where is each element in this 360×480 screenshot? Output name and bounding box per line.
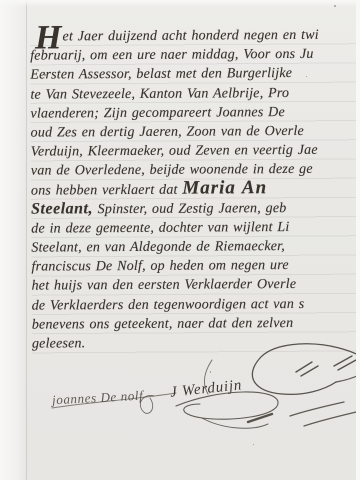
scan-right-margin: [356, 0, 360, 480]
document-line-11: de in deze gemeente, dochter van wijlent…: [31, 216, 360, 238]
document-line-12: Steelant, en van Aldegonde de Riemaecker…: [31, 235, 360, 257]
scan-top-margin: [0, 0, 360, 7]
document-line-16: benevens ons geteekent, naer dat den zel…: [32, 312, 360, 334]
document-line-15: de Verklaerders den tegenwoordigen act v…: [32, 293, 360, 315]
handwritten-text-block: Het Jaer duijzend acht honderd negen en …: [30, 24, 360, 353]
document-line-2: februarij, om een ure naer middag, Voor …: [30, 44, 360, 66]
document-line-6: oud Zes en dertig Jaeren, Zoon van de Ov…: [31, 120, 360, 142]
line-text: Spinster, oud Zestig Jaeren, geb: [93, 201, 287, 217]
line-text: et Jaer duijzend acht honderd negen en t…: [62, 28, 318, 45]
document-line-10: Steelant, Spinster, oud Zestig Jaeren, g…: [31, 197, 360, 219]
document-line-7: Verduijn, Kleermaeker, oud Zeven en veer…: [31, 140, 360, 162]
deceased-name: Maria An: [182, 177, 267, 199]
document-line-5: vlaenderen; Zijn gecompareert Joannes De: [30, 101, 360, 123]
signature-paraph-icon: [238, 336, 360, 436]
paper-speck: [210, 371, 211, 373]
document-line-9: ons hebben verklaert dat Maria An: [31, 178, 360, 200]
paper-speck: [306, 76, 307, 77]
document-line-13: franciscus De Nolf, op heden om negen ur…: [31, 255, 360, 277]
document-line-4: te Van Stevezeele, Kanton Van Aelbrije, …: [30, 82, 360, 104]
scan-left-margin: [0, 0, 26, 480]
deceased-surname: Steelant,: [31, 200, 93, 217]
paper-fold-line: [26, 0, 27, 480]
document-line-14: het huijs van den eersten Verklaerder Ov…: [32, 274, 360, 296]
document-line-3: Eersten Assessor, belast met den Burgerl…: [30, 63, 360, 85]
document-line-1: Het Jaer duijzend acht honderd negen en …: [30, 24, 360, 46]
paper-speck: [253, 444, 254, 445]
paper-speck: [44, 74, 46, 76]
line-text: ons hebben verklaert dat: [31, 182, 182, 198]
